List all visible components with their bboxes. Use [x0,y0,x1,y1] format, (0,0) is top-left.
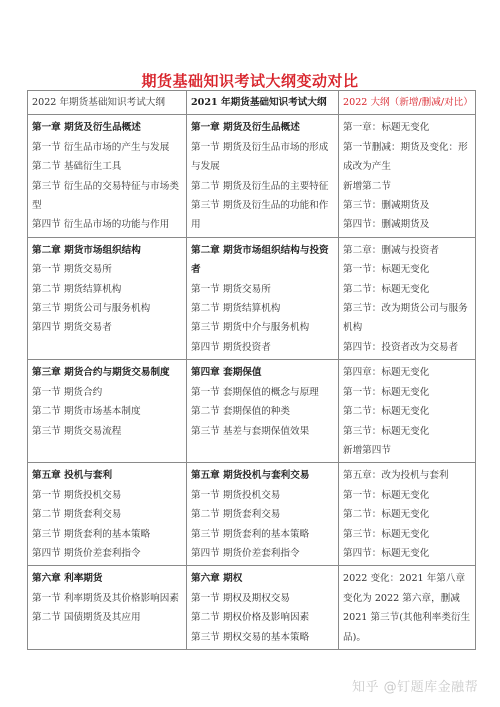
section-item: 第二节 期货市场基本制度 [32,402,182,421]
cell-2022-outline: 第五章 投机与套利第一节 期货投机交易第二节 期货套利交易第三节 期货套利的基本… [28,463,187,566]
document-title: 期货基础知识考试大纲变动对比 [0,70,500,91]
section-item: 第一节 期货投机交易 [32,486,182,505]
section-item: 第一节 利率期货及其价格影响因素 [32,589,182,608]
table-header-row: 2022 年期货基础知识考试大纲 2021 年期货基础知识考试大纲 2022 大… [28,91,476,115]
cell-2021-outline: 第六章 期权第一节 期权及期权交易第二节 期权价格及影响因素第三节 期权交易的基… [187,566,339,650]
section-item: 第四节 期货交易者 [32,318,182,337]
cell-2022-outline: 第二章 期货市场组织结构第一节 期货交易所第二节 期货结算机构第三节 期货公司与… [28,237,187,359]
cell-2021-outline: 第二章 期货市场组织结构与投资者第一节 期货交易所第二节 期货结算机构第三节 期… [187,237,339,359]
table-row: 第三章 期货合约与期货交易制度第一节 期货合约第二节 期货市场基本制度第三节 期… [28,360,476,463]
section-item: 第一节 衍生品市场的产生与发展 [32,138,182,157]
section-item: 第三节 期货套利的基本策略 [191,525,334,544]
cell-2022-outline: 第一章 期货及衍生品概述第一节 衍生品市场的产生与发展第二节 基础衍生工具第三节… [28,115,187,237]
section-item: 第三节 期货交易流程 [32,422,182,441]
change-note: 第三节：改为期货公司与服务机构 [343,299,471,338]
table-row: 第二章 期货市场组织结构第一节 期货交易所第二节 期货结算机构第三节 期货公司与… [28,237,476,359]
change-note: 第四节：删减期货及 [343,215,471,234]
section-item: 第四节 衍生品市场的功能与作用 [32,215,182,234]
section-item: 第二节 套期保值的种类 [191,402,334,421]
section-item: 第二节 期货结算机构 [191,299,334,318]
change-note: 第四节：标题无变化 [343,544,471,563]
cell-2022-outline: 第六章 利率期货第一节 利率期货及其价格影响因素第二节 国债期货及其应用 [28,566,187,650]
cell-change-notes: 第二章：删减与投资者第一节：标题无变化第二节：标题无变化第三节：改为期货公司与服… [339,237,476,359]
section-item: 第三节 期权交易的基本策略 [191,628,334,647]
chapter-heading: 第五章 投机与套利 [32,466,182,485]
zhihu-watermark: 知乎 @钉题库金融帮 [352,676,478,695]
section-item: 第四节 期货投资者 [191,338,334,357]
change-note: 第四节：投资者改为交易者 [343,338,471,357]
section-item: 第三节 衍生品的交易特征与市场类型 [32,177,182,216]
table-row: 第五章 投机与套利第一节 期货投机交易第二节 期货套利交易第三节 期货套利的基本… [28,463,476,566]
section-item: 第一节 期权及期权交易 [191,589,334,608]
change-note: 第二节：标题无变化 [343,402,471,421]
table-row: 第六章 利率期货第一节 利率期货及其价格影响因素第二节 国债期货及其应用第六章 … [28,566,476,650]
section-item: 第二节 期权价格及影响因素 [191,608,334,627]
chapter-heading: 第四章 套期保值 [191,363,334,382]
cell-2021-outline: 第四章 套期保值第一节 套期保值的概念与原理第二节 套期保值的种类第三节 基差与… [187,360,339,463]
section-item: 第三节 期货中介与服务机构 [191,318,334,337]
chapter-heading: 第五章 期货投机与套利交易 [191,466,334,485]
section-item: 第三节 期货套利的基本策略 [32,525,182,544]
section-item: 第一节 期货交易所 [191,280,334,299]
cell-change-notes: 第四章：标题无变化第一节：标题无变化第二节：标题无变化第三节：标题无变化新增第四… [339,360,476,463]
cell-2021-outline: 第一章 期货及衍生品概述第一节 期货及衍生品市场的形成与发展第二节 期货及衍生品… [187,115,339,237]
change-note: 新增第四节 [343,441,471,460]
header-2022-syllabus: 2022 年期货基础知识考试大纲 [28,91,187,115]
chapter-heading: 第二章 期货市场组织结构 [32,241,182,260]
change-note: 第三节：删减期货及 [343,196,471,215]
change-note: 第一节：标题无变化 [343,486,471,505]
change-note: 新增第二节 [343,177,471,196]
section-item: 第一节 套期保值的概念与原理 [191,383,334,402]
change-note: 2022 变化：2021 年第八章变化为 2022 第六章，删减 2021 第三… [343,569,471,647]
change-note: 第三节：标题无变化 [343,525,471,544]
change-note: 第三节：标题无变化 [343,422,471,441]
cell-change-notes: 第五章：改为投机与套利第一节：标题无变化第二节：标题无变化第三节：标题无变化第四… [339,463,476,566]
section-item: 第二节 基础衍生工具 [32,157,182,176]
chapter-heading: 第三章 期货合约与期货交易制度 [32,363,182,382]
section-item: 第四节 期货价差套利指令 [191,544,334,563]
change-note: 第二节：标题无变化 [343,280,471,299]
change-note: 第五章：改为投机与套利 [343,466,471,485]
change-note: 第一章：标题无变化 [343,118,471,137]
change-note: 第一节：标题无变化 [343,383,471,402]
section-item: 第三节 期货公司与服务机构 [32,299,182,318]
chapter-heading: 第二章 期货市场组织结构与投资者 [191,241,334,280]
cell-change-notes: 2022 变化：2021 年第八章变化为 2022 第六章，删减 2021 第三… [339,566,476,650]
section-item: 第二节 国债期货及其应用 [32,608,182,627]
syllabus-comparison-table: 2022 年期货基础知识考试大纲 2021 年期货基础知识考试大纲 2022 大… [27,90,476,650]
section-item: 第二节 期货套利交易 [191,505,334,524]
section-item: 第三节 基差与套期保值效果 [191,422,334,441]
chapter-heading: 第一章 期货及衍生品概述 [191,118,334,137]
change-note: 第四章：标题无变化 [343,363,471,382]
section-item: 第一节 期货交易所 [32,260,182,279]
section-item: 第三节 期货及衍生品的功能和作用 [191,196,334,235]
change-note: 第二章：删减与投资者 [343,241,471,260]
chapter-heading: 第一章 期货及衍生品概述 [32,118,182,137]
cell-change-notes: 第一章：标题无变化第一节删减：期货及变化：形成改为产生新增第二节第三节：删减期货… [339,115,476,237]
chapter-heading: 第六章 期权 [191,569,334,588]
change-note: 第一节：标题无变化 [343,260,471,279]
cell-2021-outline: 第五章 期货投机与套利交易第一节 期货投机交易第二节 期货套利交易第三节 期货套… [187,463,339,566]
section-item: 第二节 期货结算机构 [32,280,182,299]
cell-2022-outline: 第三章 期货合约与期货交易制度第一节 期货合约第二节 期货市场基本制度第三节 期… [28,360,187,463]
section-item: 第一节 期货及衍生品市场的形成与发展 [191,138,334,177]
section-item: 第二节 期货套利交易 [32,505,182,524]
change-note: 第二节：标题无变化 [343,505,471,524]
header-changes: 2022 大纲（新增/删减/对比） [339,91,476,115]
table-row: 第一章 期货及衍生品概述第一节 衍生品市场的产生与发展第二节 基础衍生工具第三节… [28,115,476,237]
chapter-heading: 第六章 利率期货 [32,569,182,588]
section-item: 第四节 期货价差套利指令 [32,544,182,563]
section-item: 第二节 期货及衍生品的主要特征 [191,177,334,196]
section-item: 第一节 期货投机交易 [191,486,334,505]
header-2021-syllabus: 2021 年期货基础知识考试大纲 [187,91,339,115]
section-item: 第一节 期货合约 [32,383,182,402]
change-note: 第一节删减：期货及变化：形成改为产生 [343,138,471,177]
